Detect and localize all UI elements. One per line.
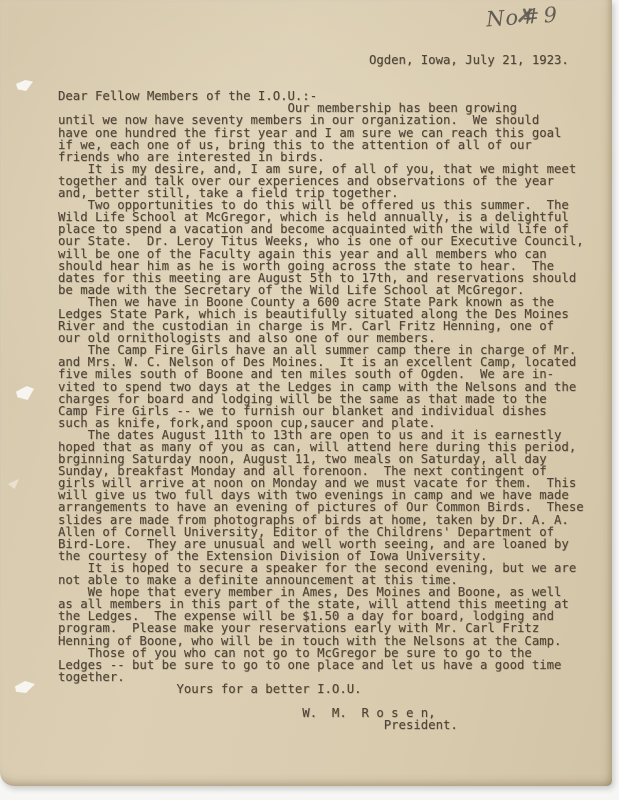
annotation-struck-character: #✗	[521, 4, 541, 29]
paper-tear	[8, 479, 19, 489]
handwritten-number: No #✗ 9	[485, 3, 559, 32]
annotation-number: 9	[543, 3, 559, 28]
paper-tear	[16, 386, 34, 400]
scan-background: No #✗ 9 Ogden, Iowa, July 21, 1923. Dear…	[0, 0, 619, 800]
strike-x-icon: ✗	[515, 3, 539, 28]
letter-page: No #✗ 9 Ogden, Iowa, July 21, 1923. Dear…	[0, 0, 612, 786]
letter-text: Ogden, Iowa, July 21, 1923. Dear Fellow …	[58, 54, 584, 731]
paper-tear	[15, 681, 35, 693]
paper-tear	[16, 80, 33, 91]
